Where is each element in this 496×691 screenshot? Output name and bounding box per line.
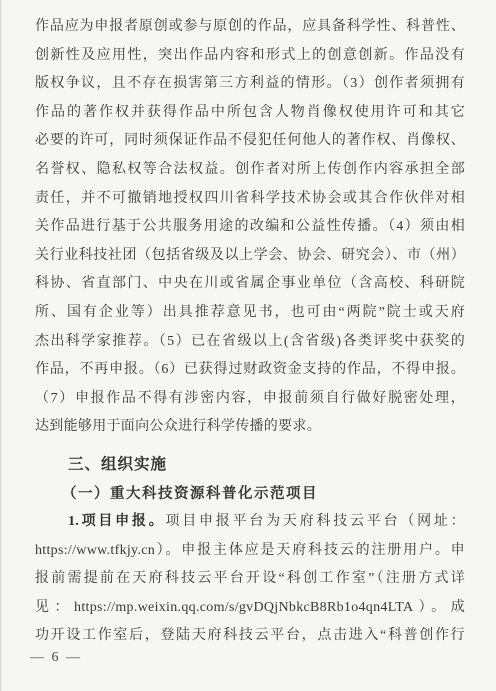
- body-line: 关行业科技社团（包括省级及以上学会、协会、研究会）、市（州）: [35, 242, 465, 271]
- body-line: 必要的许可，同时须保证作品不侵犯任何他人的著作权、肖像权、: [35, 127, 465, 156]
- body-line: 1.项目申报。项目申报平台为天府科技云平台（网址：: [35, 508, 465, 537]
- body-line: 作品，不再申报。（6）已获得过财政资金支持的作品，不得申报。: [35, 356, 465, 385]
- body-line: 关作品进行基于公共服务用途的改编和公益性传播。（4）须由相: [35, 213, 465, 242]
- body-line: https://www.tfkjy.cn）。申报主体应是天府科技云的注册用户。申: [35, 537, 465, 566]
- body-line: 名誉权、隐私权等合法权益。创作者对所上传创作内容承担全部: [35, 156, 465, 185]
- body-line: 所、国有企业等）出具推荐意见书，也可由“两院”院士或天府: [35, 299, 465, 328]
- body-line: 报前需提前在天府科技云平台开设“科创工作室”（注册方式详: [35, 565, 465, 594]
- section-heading: 三、组织实施: [35, 451, 465, 480]
- body-line: 责任，并不可撤销地授权四川省科学技术协会或其合作伙伴对相: [35, 185, 465, 214]
- paragraph-lead: 1.项目申报。: [68, 514, 165, 529]
- page-number: — 6 —: [30, 647, 82, 669]
- body-line: 达到能够用于面向公众进行科学传播的要求。: [35, 413, 465, 442]
- paragraph-lead-rest: 项目申报平台为天府科技云平台（网址：: [165, 514, 465, 529]
- body-line: 杰出科学家推荐。（5）已在省级以上(含省级)各类评奖中获奖的: [35, 328, 465, 357]
- scan-edge-artifact: [0, 0, 2, 691]
- body-line: 版权争议，且不存在损害第三方利益的情形。（3）创作者须拥有: [35, 70, 465, 99]
- body-line: 创新性及应用性，突出作品内容和形式上的创意创新。作品没有: [35, 42, 465, 71]
- document-body: 作品应为申报者原创或参与原创的作品，应具备科学性、科普性、 创新性及应用性，突出…: [35, 13, 465, 651]
- sub-section-heading: （一）重大科技资源科普化示范项目: [35, 480, 465, 509]
- body-line: （7）申报作品不得有涉密内容，申报前须自行做好脱密处理，: [35, 385, 465, 414]
- document-page: 作品应为申报者原创或参与原创的作品，应具备科学性、科普性、 创新性及应用性，突出…: [0, 0, 496, 691]
- body-line: 见：https://mp.weixin.qq.com/s/gvDQjNbkcB8…: [35, 594, 465, 623]
- body-line: 作品的著作权并获得作品中所包含人物肖像权使用许可和其它: [35, 99, 465, 128]
- body-line: 功开设工作室后，登陆天府科技云平台，点击进入“科普创作行: [35, 622, 465, 651]
- body-line: 作品应为申报者原创或参与原创的作品，应具备科学性、科普性、: [35, 13, 465, 42]
- body-line: 科协、省直部门、中央在川或省属企事业单位（含高校、科研院: [35, 270, 465, 299]
